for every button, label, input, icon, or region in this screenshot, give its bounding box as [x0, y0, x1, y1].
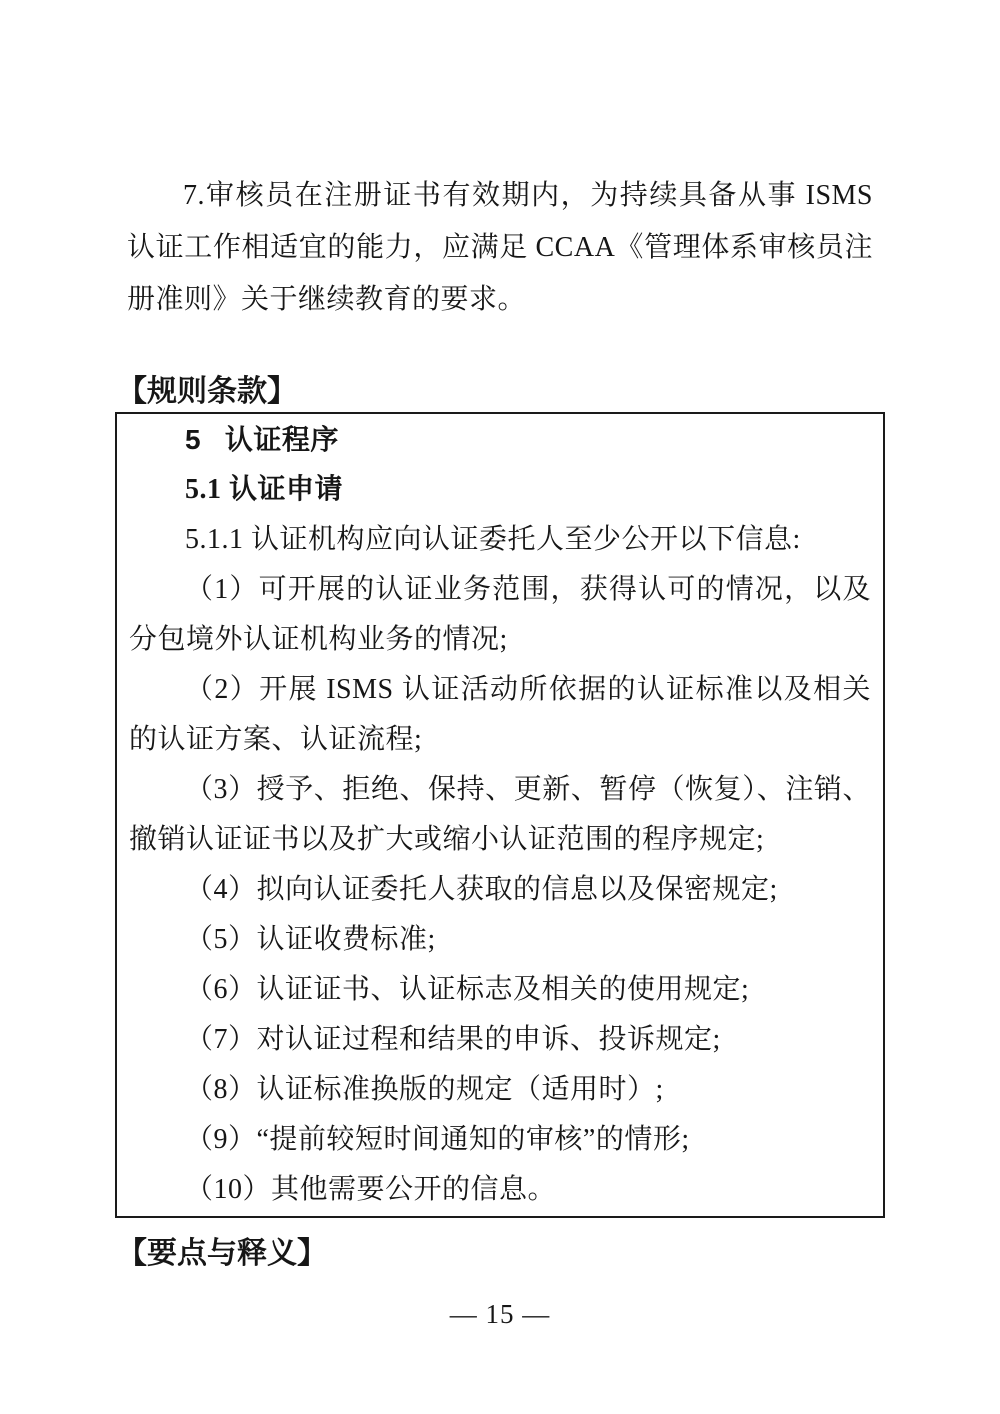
box-heading: 5认证程序	[129, 415, 871, 465]
rule-item: （9）“提前较短时间通知的审核”的情形;	[129, 1115, 871, 1165]
rule-item: （2）开展 ISMS 认证活动所依据的认证标准以及相关的认证方案、认证流程;	[129, 665, 871, 765]
rule-item: （1）可开展的认证业务范围，获得认可的情况，以及分包境外认证机构业务的情况;	[129, 565, 871, 665]
document-page: 7.审核员在注册证书有效期内，为持续具备从事 ISMS 认证工作相适宜的能力，应…	[0, 0, 1000, 1414]
rule-item: （4）拟向认证委托人获取的信息以及保密规定;	[129, 865, 871, 915]
rule-item: （6）认证证书、认证标志及相关的使用规定;	[129, 965, 871, 1015]
rules-box: 5认证程序 5.1 认证申请 5.1.1 认证机构应向认证委托人至少公开以下信息…	[115, 412, 885, 1218]
section-heading-key-points: 【要点与释义】	[115, 1234, 885, 1274]
rule-item: （5）认证收费标准;	[129, 915, 871, 965]
rule-item: （3）授予、拒绝、保持、更新、暂停（恢复）、注销、撤销认证证书以及扩大或缩小认证…	[129, 765, 871, 865]
box-heading-number: 5	[185, 424, 201, 455]
page-number: — 15 —	[0, 1296, 1000, 1332]
rule-item: （10）其他需要公开的信息。	[129, 1165, 871, 1215]
section-heading-rules: 【规则条款】	[115, 372, 885, 412]
box-heading-title: 认证程序	[225, 424, 339, 455]
clause-intro: 5.1.1 认证机构应向认证委托人至少公开以下信息:	[129, 515, 871, 565]
rule-item: （8）认证标准换版的规定（适用时）;	[129, 1065, 871, 1115]
page-content: 7.审核员在注册证书有效期内，为持续具备从事 ISMS 认证工作相适宜的能力，应…	[115, 170, 885, 1274]
rule-item: （7）对认证过程和结果的申诉、投诉规定;	[129, 1015, 871, 1065]
intro-paragraph: 7.审核员在注册证书有效期内，为持续具备从事 ISMS 认证工作相适宜的能力，应…	[115, 170, 885, 326]
box-subheading: 5.1 认证申请	[129, 465, 871, 515]
